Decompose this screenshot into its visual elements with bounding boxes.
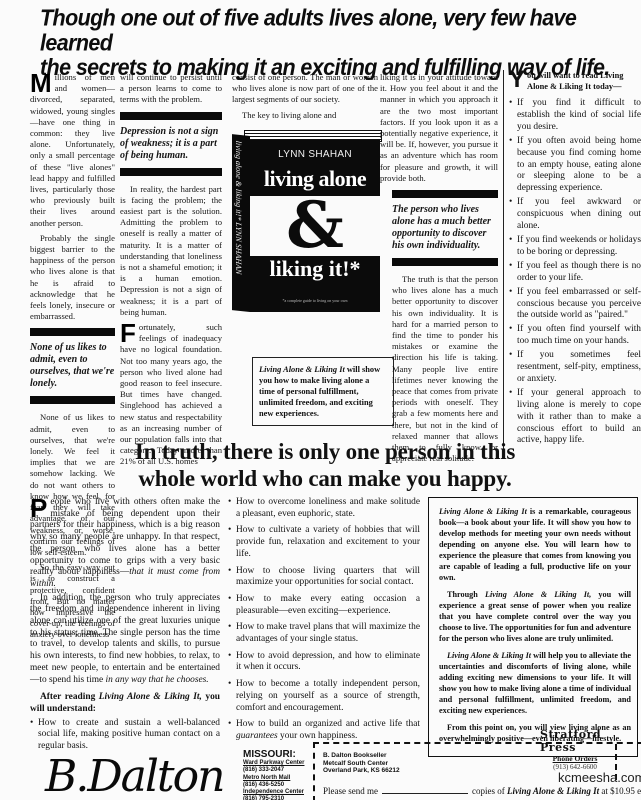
benefit-item: How to build an organized and active lif… [228,719,420,742]
store-phone: (816) 436-5250 [243,782,309,789]
book-author: LYNN SHAHAN [250,149,380,160]
pull-quote-bar [392,258,498,266]
store-name: Independence Center [243,789,309,796]
pull-quote-1: None of us likes to admit, even to ourse… [30,328,115,404]
dropcap-f: F [120,323,136,343]
subheadline-line-1: In truth, there is only one person in th… [100,438,550,465]
pull-quote-bar [120,168,222,176]
dropcap-p: P [30,498,47,518]
benefit-item: How to overcome loneliness and make soli… [228,497,420,520]
pull-quote-text: The person who lives alone has a much be… [392,198,498,258]
checklist-column: You will want to read Living Alone & Lik… [503,70,641,449]
subheadline-line-2: whole world who can make you happy. [100,465,550,492]
benefit-item: How to create and sustain a well-balance… [30,718,220,753]
col3-paragraph-1: consist of one person. The man or woman … [232,72,378,106]
col4-paragraph-2: The truth is that the person who lives a… [392,274,498,464]
benefit-item: How to make travel plans that will maxim… [228,622,420,645]
book-front-cover: LYNN SHAHAN living alone & liking it!* *… [250,140,380,312]
dropcap-m: M [30,73,52,93]
pull-quote-bar [120,112,222,120]
checklist-item: If you find it difficult to establish th… [509,98,641,134]
col4-paragraph-1: liking it is in your attitude toward it.… [380,72,498,184]
quantity-blank-field[interactable] [382,793,468,794]
column-3: consist of one person. The man or woman … [232,72,378,125]
benefits-list-2: How to overcome loneliness and make soli… [228,497,420,743]
phone-orders-label: Phone Orders [535,754,615,763]
lower-left-column: People who live with others often make t… [30,497,220,758]
checklist-item: If you feel embarrassed or self-consciou… [509,287,641,323]
store-locations: MISSOURI: Ward Parkway Center (816) 333-… [243,749,309,800]
checklist-item: If you often find yourself with too much… [509,324,641,348]
benefits-list-1: How to create and sustain a well-balance… [30,718,220,753]
store-name: Metro North Mall [243,775,309,782]
pull-quote-bar [392,190,498,198]
benefit-item: How to make every eating occasion a plea… [228,594,420,617]
book-ampersand-band: & [250,196,380,256]
book-subtitle: *a complete guide to living on your own [250,298,380,303]
checklist-item: If you sometimes feel resentment, self-p… [509,350,641,386]
store-name: Ward Parkway Center [243,760,309,767]
benefit-item: How to choose living quarters that will … [228,566,420,589]
promo-book-title: Living Alone & Liking It [259,365,345,374]
ampersand-icon: & [286,188,344,263]
order-line: Please send mecopies of Living Alone & L… [323,786,641,796]
store-phone: (816) 333-2047 [243,767,309,774]
store-address: B. Dalton Bookseller Metcalf South Cente… [323,752,400,775]
newspaper-ad: Though one out of five adults lives alon… [0,0,641,800]
bdalton-logo: B.Dalton [45,755,223,799]
column-4: liking it is in your attitude toward it.… [380,72,498,468]
benefit-item: How to avoid depression, and how to elim… [228,651,420,674]
checklist: If you find it difficult to establish th… [509,98,641,447]
book-title-bottom: liking it!* [250,256,380,282]
description-box: Living Alone & Liking It is a remarkable… [428,497,638,757]
pull-quote-text: None of us likes to admit, even to ourse… [30,336,115,396]
pull-quote-2: Depression is not a sign of weakness; it… [120,112,222,176]
col2-paragraph-2: In reality, the hardest part is facing t… [120,184,222,318]
store-phone: (816) 795-2310 [243,796,309,800]
benefit-item: How to become a totally independent pers… [228,679,420,714]
book-cover-image: living alone & liking it!* LYNN SHAHAN L… [232,130,380,312]
checklist-item: If you find weekends or holidays to be b… [509,235,641,259]
after-reading-heading: After reading Living Alone & Liking It, … [30,692,220,715]
lower-mid-column: How to overcome loneliness and make soli… [228,497,420,748]
benefit-item: How to cultivate a variety of hobbies th… [228,525,420,560]
pull-quote-bar [30,396,115,404]
pull-quote-text: Depression is not a sign of weakness; it… [120,120,222,168]
checklist-intro: You will want to read Living Alone & Lik… [509,70,641,92]
column-2: will continue to persist until a person … [120,72,222,472]
col3-paragraph-2: The key to living alone and [232,110,378,121]
headline-line-1: Though one out of five adults lives alon… [40,6,620,56]
checklist-item: If you feel as though there is no order … [509,261,641,285]
pull-quote-bar [30,328,115,336]
watermark: kcmeesha.com [558,770,641,785]
subheadline: In truth, there is only one person in th… [100,438,550,492]
checklist-item: If you feel awkward or conspicuous when … [509,197,641,233]
dropcap-y: Y [509,70,525,90]
checklist-item: If you often avoid being home because yo… [509,136,641,196]
col1-paragraph-1: illions of men and women—divorced, separ… [30,72,115,228]
book-spine: living alone & liking it!* LYNN SHAHAN [232,134,250,312]
col2-paragraph-1: will continue to persist until a person … [120,72,222,106]
col1-paragraph-2: Probably the single biggest barrier to t… [30,233,115,323]
promo-box: Living Alone & Liking It will show you h… [252,357,394,426]
store-state: MISSOURI: [243,749,309,760]
pull-quote-3: The person who lives alone has a much be… [392,190,498,266]
